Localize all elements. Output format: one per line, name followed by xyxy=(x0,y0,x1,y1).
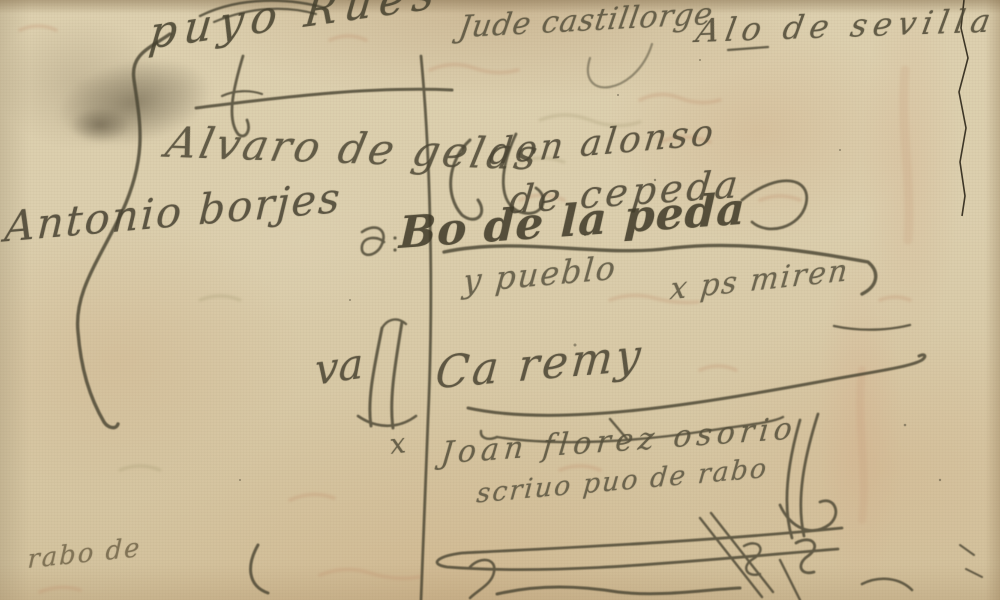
remy-ff-strokes xyxy=(370,328,382,426)
manuscript-page: puyo Rues Jude castillorge Alo de sevill… xyxy=(0,0,1000,600)
signature-x-mark: x xyxy=(388,426,407,460)
ink-flourishes xyxy=(78,1,982,600)
signature-remy-prefix: va xyxy=(315,338,363,394)
ink-artwork-layer xyxy=(0,0,1000,600)
ghost-writing xyxy=(20,26,910,592)
